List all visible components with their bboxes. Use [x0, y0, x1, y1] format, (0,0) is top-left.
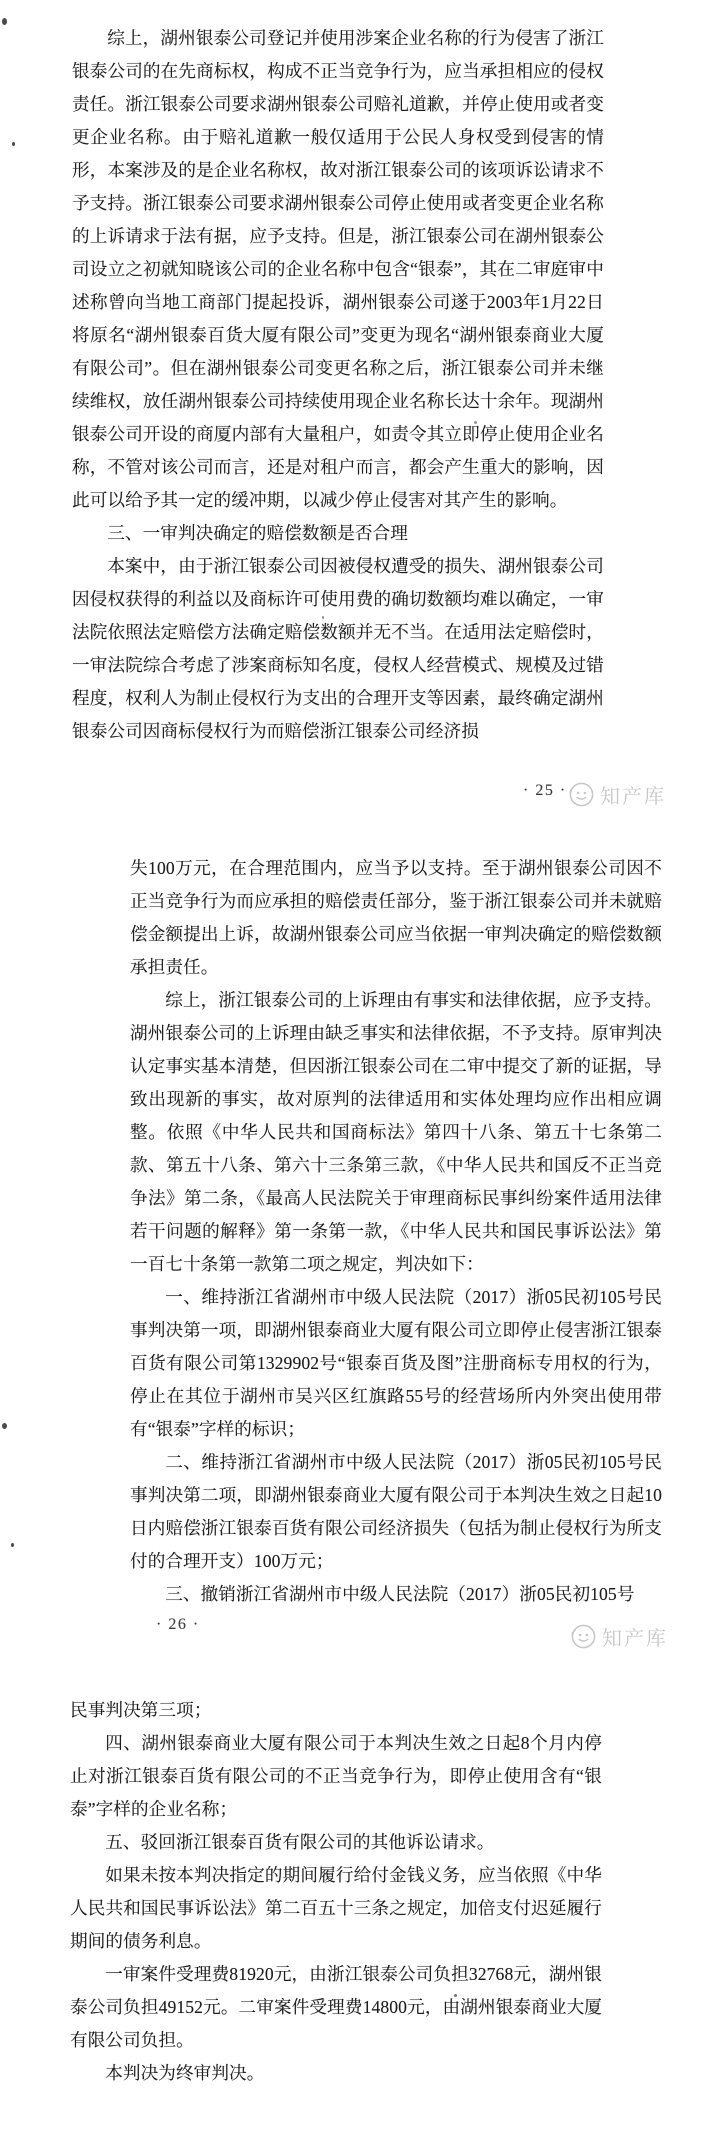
page-25-text: 综上，湖州银泰公司登记并使用涉案企业名称的行为侵害了浙江银泰公司的在先商标权，构…: [72, 22, 604, 748]
scan-speck: [11, 1543, 14, 1547]
page-27-text: 民事判决第三项；四、湖州银泰商业大厦有限公司于本判决生效之日起8个月内停止对浙江…: [70, 1694, 602, 2090]
page-number-25: · 25 ·: [523, 782, 567, 800]
page-25: 综上，湖州银泰公司登记并使用涉案企业名称的行为侵害了浙江银泰公司的在先商标权，构…: [72, 22, 604, 748]
paragraph: 四、湖州银泰商业大厦有限公司于本判决生效之日起8个月内停止对浙江银泰百货有限公司…: [70, 1727, 602, 1826]
scan-speck: [454, 1994, 457, 1997]
watermark-zhichanku: 知产库: [568, 780, 666, 809]
watermark-text: 知产库: [600, 780, 666, 809]
zhichanku-logo-icon: [568, 781, 595, 808]
paragraph: 一、维持浙江省湖州市中级人民法院（2017）浙05民初105号民事判决第一项，即…: [130, 1281, 662, 1446]
zhichanku-logo-icon: [570, 1623, 597, 1650]
paragraph: 失100万元，在合理范围内，应当予以支持。至于湖州银泰公司因不正当竞争行为而应承…: [130, 852, 662, 984]
watermark-text: 知产库: [602, 1622, 668, 1651]
page-27: 民事判决第三项；四、湖州银泰商业大厦有限公司于本判决生效之日起8个月内停止对浙江…: [70, 1694, 602, 2090]
paragraph: 本判决为终审判决。: [70, 2057, 602, 2090]
page-26: 失100万元，在合理范围内，应当予以支持。至于湖州银泰公司因不正当竞争行为而应承…: [130, 852, 662, 1611]
paragraph: 三、一审判决确定的赔偿数额是否合理: [72, 517, 604, 550]
watermark-zhichanku: 知产库: [570, 1622, 668, 1651]
scan-speck: [2, 1423, 7, 1429]
paragraph: 综上，浙江银泰公司的上诉理由有事实和法律依据，应予支持。湖州银泰公司的上诉理由缺…: [130, 984, 662, 1281]
paragraph: 三、撤销浙江省湖州市中级人民法院（2017）浙05民初105号: [130, 1578, 662, 1611]
paragraph: 综上，湖州银泰公司登记并使用涉案企业名称的行为侵害了浙江银泰公司的在先商标权，构…: [72, 22, 604, 517]
scan-speck: [12, 142, 15, 146]
paragraph: 五、驳回浙江银泰百货有限公司的其他诉讼请求。: [70, 1826, 602, 1859]
scan-speck: [322, 616, 324, 619]
page-26-text: 失100万元，在合理范围内，应当予以支持。至于湖州银泰公司因不正当竞争行为而应承…: [130, 852, 662, 1611]
scan-speck: [2, 18, 7, 25]
paragraph: 二、维持浙江省湖州市中级人民法院（2017）浙05民初105号民事判决第二项，即…: [130, 1446, 662, 1578]
paragraph: 如果未按本判决指定的期间履行给付金钱义务，应当依照《中华人民共和国民事诉讼法》第…: [70, 1859, 602, 1958]
paragraph: 民事判决第三项；: [70, 1694, 602, 1727]
paragraph: 一审案件受理费81920元，由浙江银泰公司负担32768元，湖州银泰公司负担49…: [70, 1958, 602, 2057]
paragraph: 本案中，由于浙江银泰公司因被侵权遭受的损失、湖州银泰公司因侵权获得的利益以及商标…: [72, 550, 604, 748]
scan-speck: [474, 421, 477, 424]
page-number-26: · 26 ·: [156, 1616, 200, 1634]
